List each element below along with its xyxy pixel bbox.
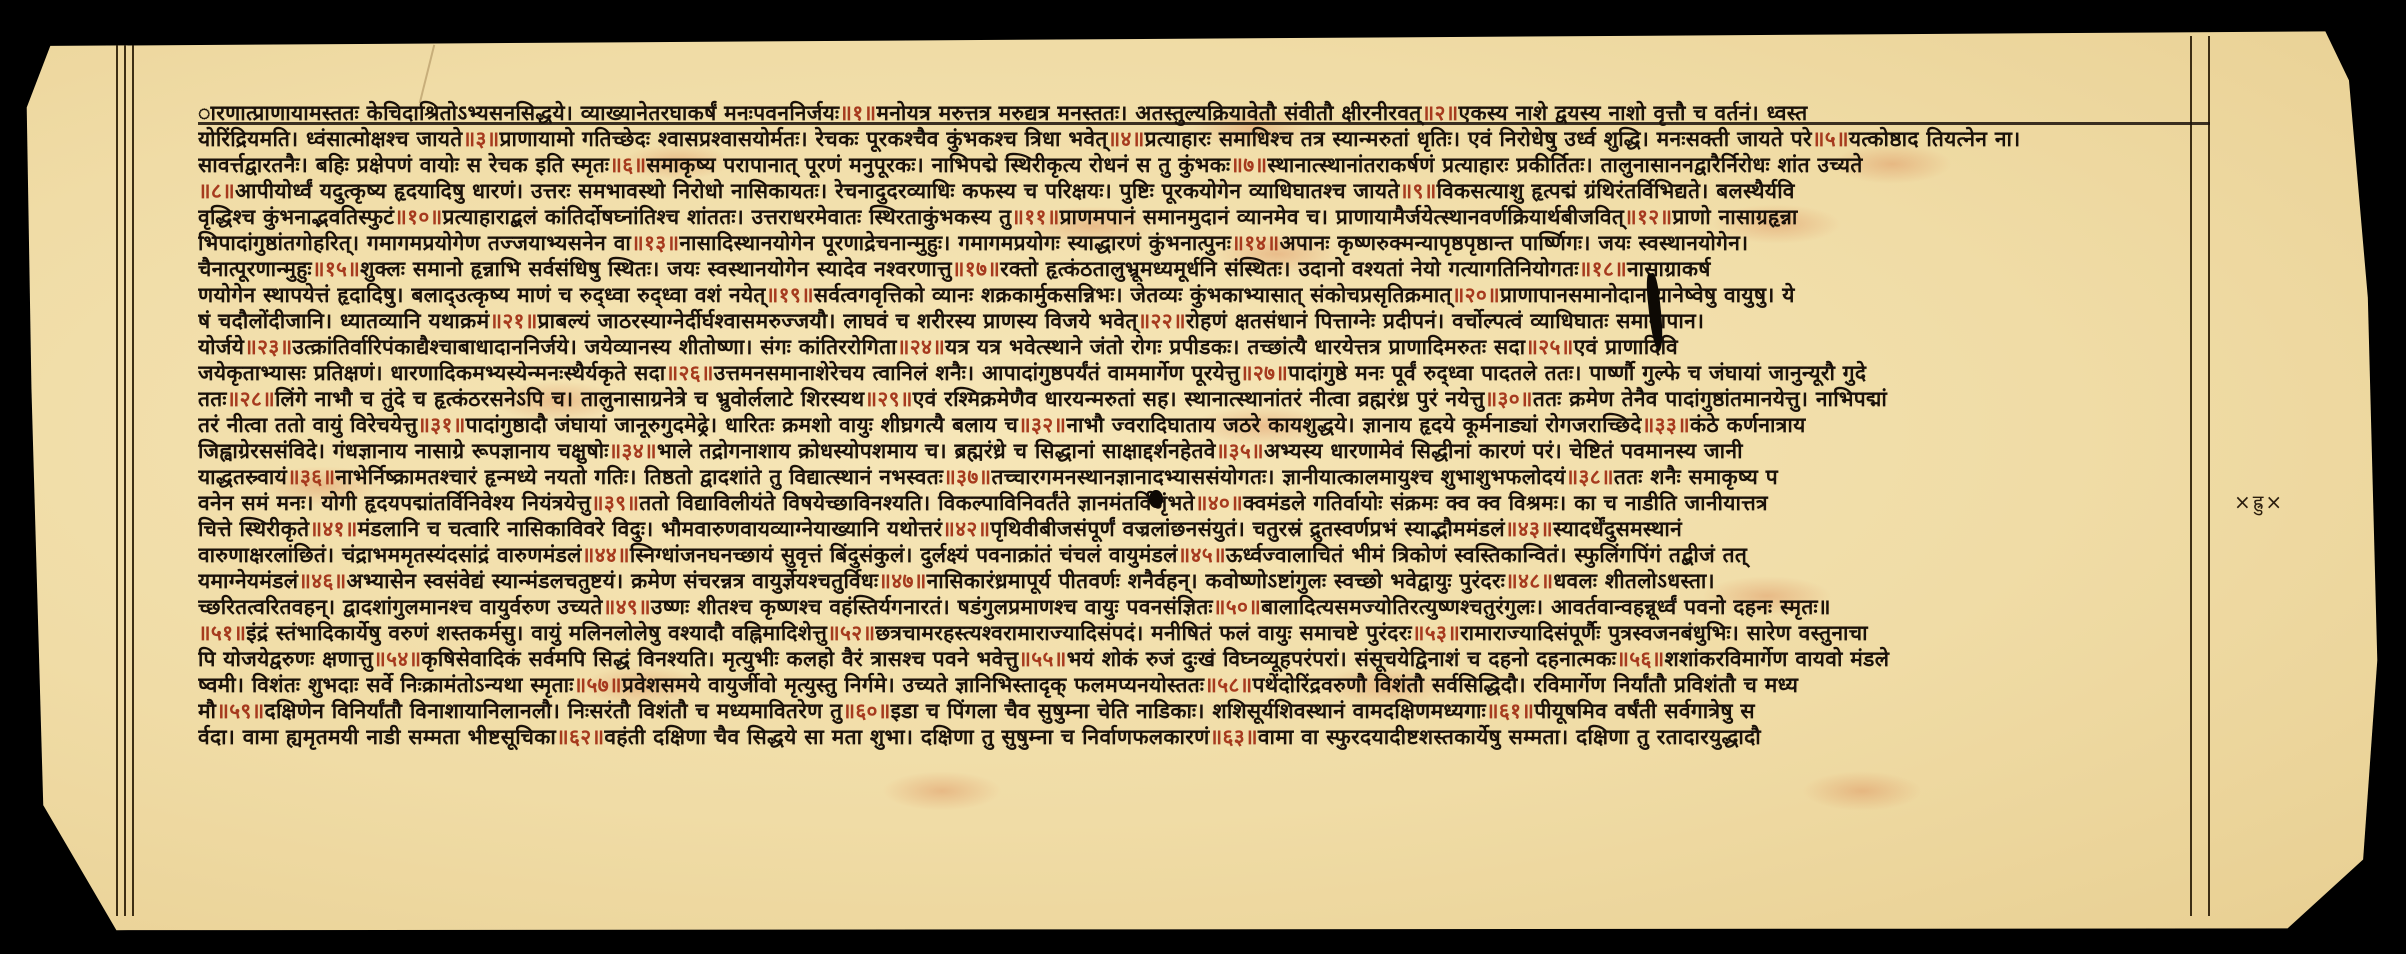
verse-number: ॥१२॥	[1624, 205, 1672, 229]
verse-number: ॥४८॥	[1505, 569, 1553, 593]
verse-number: ॥२॥	[1422, 101, 1459, 125]
left-margin-rule-inner-b	[132, 44, 134, 916]
verse-number: ॥२५॥	[1525, 335, 1573, 359]
verse-number: ॥१०॥	[394, 205, 442, 229]
verse-number: ॥१९॥	[766, 283, 814, 307]
verse-number: ॥६३॥	[1210, 725, 1258, 749]
verse-number: ॥३१॥	[417, 413, 465, 437]
verse-number: ॥२८॥	[227, 387, 275, 411]
verse-number: ॥२२॥	[1138, 309, 1186, 333]
verse-number: ॥५१॥	[198, 621, 246, 645]
verse-number: ॥३५॥	[1216, 439, 1264, 463]
verse-number: ॥५२॥	[827, 621, 875, 645]
verse-number: ॥४५॥	[1178, 543, 1226, 567]
verse-number: ॥५॥	[1812, 127, 1849, 151]
manuscript-folio: ारणात्प्राणायामस्ततः केचिदाश्रितोऽभ्यसनस…	[22, 26, 2382, 932]
verse-number: ॥१३॥	[631, 231, 679, 255]
verse-number: ॥५६॥	[1616, 647, 1664, 671]
verse-number: ॥३८॥	[1566, 465, 1614, 489]
verse-number: ॥२६॥	[666, 361, 714, 385]
verse-number: ॥४॥	[1108, 127, 1145, 151]
paper-crack	[419, 45, 435, 104]
verse-number: ॥३४॥	[609, 439, 657, 463]
verse-number: ॥४४॥	[582, 543, 630, 567]
verse-number: ॥५९॥	[216, 699, 264, 723]
verse-number: ॥४१॥	[309, 517, 357, 541]
verse-number: ॥५७॥	[574, 673, 622, 697]
verse-number: ॥४६॥	[298, 569, 346, 593]
verse-number: ॥१७॥	[952, 257, 1000, 281]
verse-number: ॥६०॥	[842, 699, 890, 723]
verse-number: ॥५५॥	[1018, 647, 1066, 671]
verse-number: ॥६॥	[609, 153, 646, 177]
verse-number: ॥३॥	[463, 127, 500, 151]
verse-number: ॥२३॥	[244, 335, 292, 359]
verse-number: ॥५०॥	[1213, 595, 1261, 619]
verse-number: ॥२४॥	[897, 335, 945, 359]
verse-number: ॥१८॥	[1579, 257, 1627, 281]
verse-number: ॥३६॥	[287, 465, 335, 489]
verse-number: ॥५४॥	[373, 647, 421, 671]
left-margin-rule-inner-a	[124, 44, 126, 916]
verse-number: ॥६१॥	[1486, 699, 1534, 723]
text-line-25: र्वदा। वामा ह्यमृतमयी नाडी सम्मता भीष्टस…	[198, 722, 2210, 752]
ink-blot-dot	[1149, 490, 1163, 508]
verse-number: ॥४२॥	[942, 517, 990, 541]
verse-number: ॥३९॥	[591, 491, 639, 515]
verse-number: ॥३७॥	[943, 465, 991, 489]
verse-number: ॥३०॥	[1485, 387, 1533, 411]
verse-number: ॥११॥	[1011, 205, 1059, 229]
verse-number: ॥१॥	[839, 101, 876, 125]
left-margin-rule-outer	[116, 44, 118, 916]
text-block: ारणात्प्राणायामस्ततः केचिदाश्रितोऽभ्यसनस…	[198, 98, 2210, 898]
verse-number: ॥४३॥	[1505, 517, 1553, 541]
verse-number: ॥२७॥	[1240, 361, 1288, 385]
verse-number: ॥२०॥	[1452, 283, 1500, 307]
verse-number: ॥१४॥	[1231, 231, 1279, 255]
verse-number: ॥१५॥	[312, 257, 360, 281]
verse-number: ॥९॥	[1400, 179, 1437, 203]
verse-number: ॥८॥	[198, 179, 235, 203]
verse-number: ॥३२॥	[1018, 413, 1066, 437]
verse-number: ॥५३॥	[1412, 621, 1460, 645]
verse-number: ॥४०॥	[1195, 491, 1243, 515]
verse-number: ॥२९॥	[865, 387, 913, 411]
verse-number: ॥६२॥	[556, 725, 604, 749]
verse-number: ॥४९॥	[603, 595, 651, 619]
verse-number: ॥५८॥	[1204, 673, 1252, 697]
verse-number: ॥३३॥	[1642, 413, 1690, 437]
verse-number: ॥२१॥	[489, 309, 537, 333]
verse-number: ॥४७॥	[878, 569, 926, 593]
verse-number: ॥७॥	[1230, 153, 1267, 177]
folio-margin-mark: ×ह्रु×	[2234, 488, 2284, 515]
